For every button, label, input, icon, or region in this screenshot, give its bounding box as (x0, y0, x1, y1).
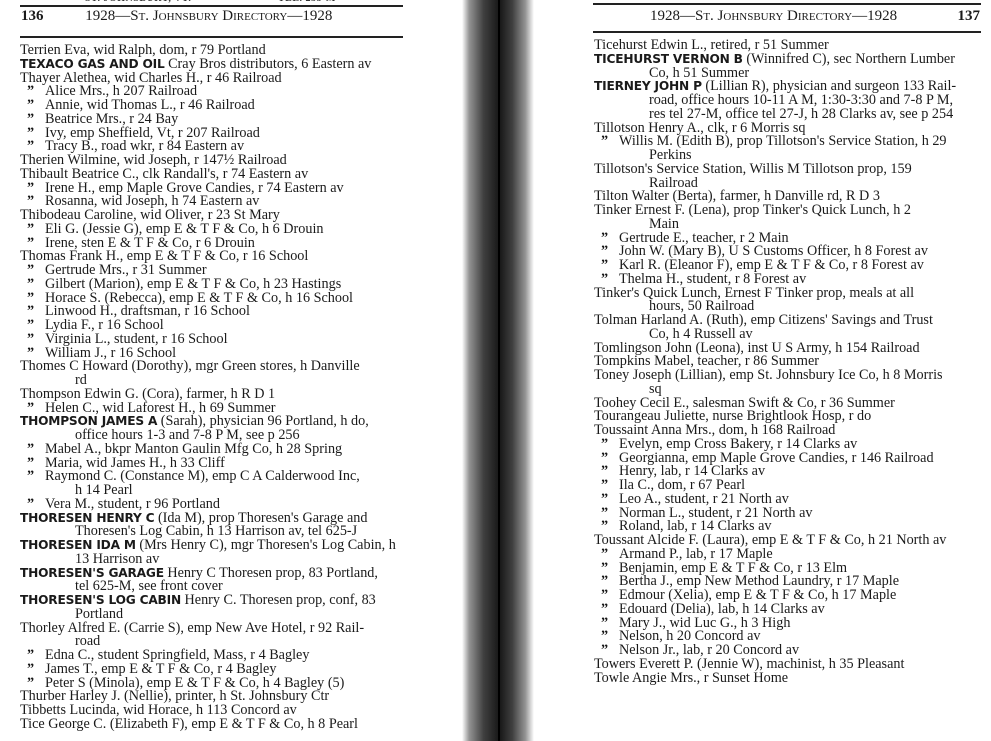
entry-text: Tice George C. (Elizabeth F), emp E & T … (20, 716, 358, 732)
top-strip-city: ST. JOHNSBURY, VT. (85, 0, 191, 4)
left-page: ST. JOHNSBURY, VT. TEL. 255-M 136 1928—S… (0, 0, 410, 741)
running-head: 1928—St. Johnsbury Directory—1928 137 (650, 8, 980, 25)
header-rule-top (20, 5, 403, 7)
page-number: 137 (958, 8, 981, 25)
entry-text: Thorley Alfred E. (Carrie S), emp New Av… (20, 620, 364, 636)
directory-entry: Tinker Ernest F. (Lena), prop Tinker's Q… (594, 204, 979, 232)
bold-listing-name: TICEHURST VERNON B (594, 52, 743, 66)
directory-entry: Thorley Alfred E. (Carrie S), emp New Av… (20, 622, 403, 650)
entry-text: Toney Joseph (Lillian), emp St. Johnsbur… (594, 367, 943, 383)
top-strip-tel: TEL. 255-M (278, 0, 336, 4)
directory-entry: THORESEN IDA M (Mrs Henry C), mgr Thores… (20, 539, 403, 567)
directory-entries: Ticehurst Edwin L., retired, r 51 Summer… (594, 39, 979, 685)
directory-entry: THORESEN HENRY C (Ida M), prop Thoresen'… (20, 512, 403, 540)
entry-text: Tolman Harland A. (Ruth), emp Citizens' … (594, 312, 933, 328)
page-title: 1928—St. Johnsbury Directory—1928 (85, 8, 332, 24)
directory-sub-entry: ”Willis M. (Edith B), prop Tillotson's S… (594, 135, 979, 163)
directory-entry: Toney Joseph (Lillian), emp St. Johnsbur… (594, 369, 979, 397)
directory-entries: Terrien Eva, wid Ralph, dom, r 79 Portla… (20, 44, 403, 732)
entry-text: (Winnifred C), sec Northern Lumber (743, 51, 955, 67)
entry-text: Thomes C Howard (Dorothy), mgr Green sto… (20, 358, 360, 374)
right-page: 1928—St. Johnsbury Directory—1928 137 Ti… (590, 0, 991, 741)
ditto-mark: ” (27, 470, 45, 484)
entry-text: (Mrs Henry C), mgr Thoresen's Log Cabin,… (136, 537, 396, 553)
directory-entry: Towle Angie Mrs., r Sunset Home (594, 672, 979, 686)
directory-entry: Tolman Harland A. (Ruth), emp Citizens' … (594, 314, 979, 342)
running-head: 136 1928—St. Johnsbury Directory—1928 (21, 8, 401, 25)
directory-sub-entry: ”Raymond C. (Constance M), emp C A Calde… (20, 470, 403, 498)
directory-entry: Tice George C. (Elizabeth F), emp E & T … (20, 718, 403, 732)
directory-entry: Thomes C Howard (Dorothy), mgr Green sto… (20, 360, 403, 388)
ditto-mark: ” (27, 498, 45, 512)
directory-entry: THORESEN'S GARAGE Henry C Thoresen prop,… (20, 567, 403, 595)
bold-listing-name: THORESEN'S LOG CABIN (20, 593, 181, 607)
directory-entry: Tinker's Quick Lunch, Ernest F Tinker pr… (594, 287, 979, 315)
directory-entry: THOMPSON JAMES A (Sarah), physician 96 P… (20, 415, 403, 443)
entry-text: Henry C. Thoresen prop, conf, 83 (181, 592, 376, 608)
header-rule-top (593, 3, 981, 5)
directory-entry: TICEHURST VERNON B (Winnifred C), sec No… (594, 53, 979, 81)
directory-entry: Tillotson's Service Station, Willis M Ti… (594, 163, 979, 191)
entry-text: Towle Angie Mrs., r Sunset Home (594, 670, 788, 686)
page-title: 1928—St. Johnsbury Directory—1928 (650, 8, 897, 24)
bold-listing-name: THORESEN IDA M (20, 538, 136, 552)
book-binding-gutter (462, 0, 534, 741)
directory-entry: TIERNEY JOHN P (Lillian R), physician an… (594, 80, 979, 121)
directory-entry: THORESEN'S LOG CABIN Henry C. Thoresen p… (20, 594, 403, 622)
ditto-mark: ” (601, 135, 619, 149)
entry-text: Tinker Ernest F. (Lena), prop Tinker's Q… (594, 202, 911, 218)
header-rule-bottom (593, 31, 981, 33)
page-number: 136 (21, 8, 44, 24)
header-rule-bottom (20, 36, 403, 38)
entry-text: Tillotson's Service Station, Willis M Ti… (594, 161, 912, 177)
entry-text: Tinker's Quick Lunch, Ernest F Tinker pr… (594, 285, 914, 301)
